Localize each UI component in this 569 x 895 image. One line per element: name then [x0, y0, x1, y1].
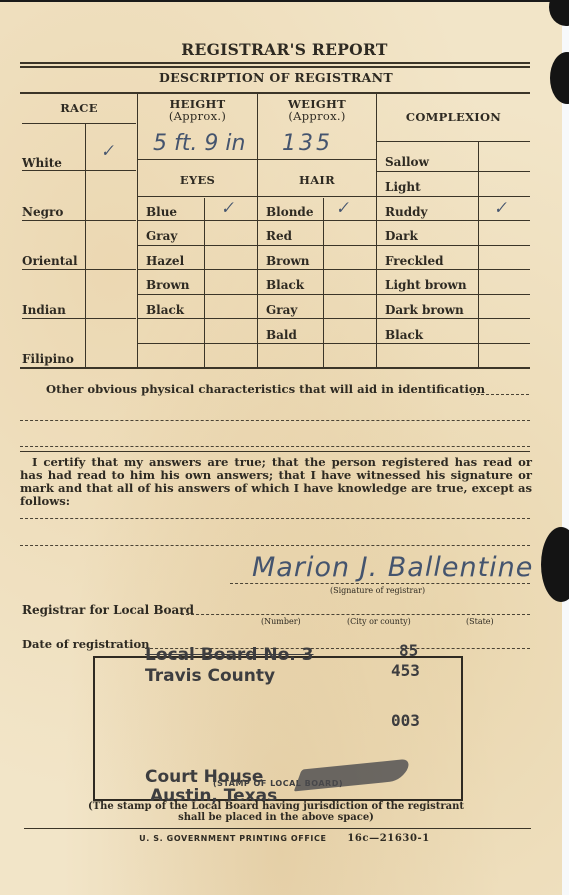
row-rule	[138, 343, 376, 344]
race-filipino: Filipino	[22, 352, 74, 366]
caption-number: (Number)	[261, 617, 301, 626]
footer: U. S. GOVERNMENT PRINTING OFFICE 16c—216…	[0, 833, 569, 844]
header-eyes: EYES	[138, 174, 257, 186]
row-rule	[377, 141, 530, 142]
complexion-black: Black	[385, 328, 423, 342]
row-rule	[22, 318, 136, 319]
row-rule	[138, 196, 376, 197]
eyes-hazel: Hazel	[146, 254, 184, 268]
complexion-light-brown: Light brown	[385, 278, 467, 292]
stamp-courthouse: Court House	[145, 767, 263, 787]
stamp-instruction-line2: shall be placed in the above space)	[0, 812, 552, 824]
stamp-number-453: 453	[391, 661, 420, 680]
height-value[interactable]: 5 ft. 9 in	[153, 131, 245, 156]
exceptions-line-1[interactable]	[20, 518, 530, 519]
race-oriental: Oriental	[22, 254, 78, 268]
complexion-ruddy: Ruddy	[385, 205, 427, 219]
hair-bald: Bald	[266, 328, 297, 342]
hair-black: Black	[266, 278, 304, 292]
complexion-dark: Dark	[385, 229, 418, 243]
title-rule-top	[20, 62, 530, 64]
col-divider	[323, 198, 324, 367]
printer-name: U. S. GOVERNMENT PRINTING OFFICE	[139, 834, 326, 843]
section-subtitle: DESCRIPTION OF REGISTRANT	[0, 70, 552, 85]
stamp-board-number: Local Board No. 3	[145, 645, 314, 665]
row-rule	[22, 220, 136, 221]
header-complexion: COMPLEXION	[377, 111, 530, 123]
eyes-gray: Gray	[146, 229, 177, 243]
top-border	[0, 0, 560, 2]
date-of-registration-label: Date of registration	[22, 638, 149, 651]
caption-state: (State)	[466, 617, 494, 626]
row-rule	[138, 294, 376, 295]
hair-blonde: Blonde	[266, 205, 313, 219]
eyes-brown: Brown	[146, 278, 190, 292]
row-rule	[22, 123, 136, 124]
row-rule	[138, 159, 376, 160]
footer-rule	[24, 828, 531, 829]
stamp-number-85: 85	[399, 641, 418, 660]
eyes-blue: Blue	[146, 205, 177, 219]
col-divider	[257, 93, 258, 367]
signature-caption: (Signature of registrar)	[330, 586, 425, 595]
row-rule	[138, 269, 376, 270]
form-title: REGISTRAR'S REPORT	[0, 40, 569, 59]
eyes-black: Black	[146, 303, 184, 317]
form-number: 16c—21630-1	[347, 833, 430, 844]
stamp-number-003: 003	[391, 711, 420, 730]
row-rule	[377, 343, 530, 344]
header-height-approx: (Approx.)	[138, 110, 257, 122]
header-race: RACE	[22, 102, 136, 114]
other-characteristics-label: Other obvious physical characteristics t…	[46, 383, 485, 396]
other-characteristics-line-2[interactable]	[20, 420, 530, 421]
row-rule	[22, 170, 136, 171]
col-divider	[85, 124, 86, 367]
row-rule	[377, 318, 530, 319]
other-characteristics-line-3[interactable]	[20, 446, 530, 447]
col-divider	[376, 93, 377, 367]
row-rule	[377, 269, 530, 270]
complexion-dark-brown: Dark brown	[385, 303, 464, 317]
row-rule	[138, 245, 376, 246]
local-board-label: Registrar for Local Board	[22, 604, 194, 617]
hair-gray: Gray	[266, 303, 297, 317]
row-rule	[377, 245, 530, 246]
page-edge	[562, 0, 569, 895]
weight-value[interactable]: 135	[282, 131, 333, 156]
hair-red: Red	[266, 229, 292, 243]
signature-line[interactable]	[230, 583, 530, 584]
stamp-county: Travis County	[145, 666, 275, 686]
row-rule	[377, 171, 530, 172]
race-white: White	[22, 156, 62, 170]
row-rule	[138, 318, 376, 319]
col-divider	[204, 198, 205, 367]
complexion-light: Light	[385, 180, 421, 194]
col-divider	[137, 93, 138, 367]
race-negro: Negro	[22, 205, 63, 219]
certification-text: I certify that my answers are true; that…	[20, 456, 532, 508]
title-rule-bottom	[20, 66, 530, 68]
complexion-sallow: Sallow	[385, 155, 429, 169]
caption-city-county: (City or county)	[347, 617, 411, 626]
header-weight-approx: (Approx.)	[258, 110, 376, 122]
other-characteristics-field[interactable]	[471, 394, 529, 395]
header-hair: HAIR	[258, 174, 376, 186]
section-rule	[20, 451, 530, 452]
row-rule	[138, 220, 376, 221]
race-indian: Indian	[22, 303, 66, 317]
local-board-field[interactable]	[181, 614, 530, 615]
row-rule	[22, 269, 136, 270]
table-bottom-rule	[20, 367, 530, 369]
row-rule	[377, 294, 530, 295]
table-top-rule	[20, 92, 530, 94]
registrar-signature[interactable]: Marion J. Ballentine	[252, 552, 533, 583]
col-divider	[478, 142, 479, 367]
exceptions-line-2[interactable]	[20, 545, 530, 546]
hair-brown: Brown	[266, 254, 310, 268]
complexion-freckled: Freckled	[385, 254, 443, 268]
row-rule	[377, 220, 530, 221]
